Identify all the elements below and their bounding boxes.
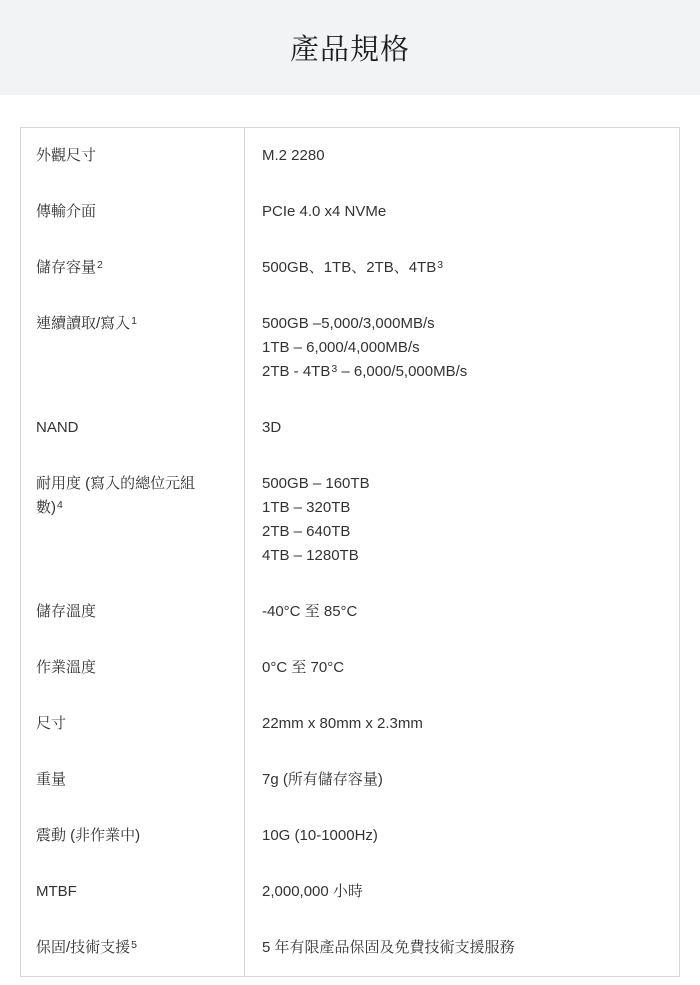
spec-row: 尺寸 22mm x 80mm x 2.3mm <box>21 696 679 752</box>
text-segment: 2TB - 4TB <box>262 363 330 380</box>
spec-row: 儲存溫度 -40°C 至 85°C <box>21 584 679 640</box>
spec-value: 500GB –5,000/3,000MB/s1TB – 6,000/4,000M… <box>245 296 679 400</box>
spec-value-line: 500GB、1TB、2TB、4TB3 <box>262 256 663 280</box>
spec-value-line: 500GB – 160TB <box>262 472 663 496</box>
footnote-superscript: 2 <box>97 259 103 271</box>
spec-value: 2,000,000 小時 <box>245 864 679 920</box>
text-segment: 儲存容量 <box>36 259 96 276</box>
spec-value-line: 2,000,000 小時 <box>262 880 663 904</box>
text-segment: 震動 (非作業中) <box>36 827 140 844</box>
spec-label: 傳輸介面 <box>21 184 245 240</box>
text-segment: 2,000,000 小時 <box>262 883 363 900</box>
text-segment: 500GB、1TB、2TB、4TB <box>262 259 436 276</box>
text-segment: 500GB – 160TB <box>262 475 370 492</box>
spec-label: 作業溫度 <box>21 640 245 696</box>
spec-value-line: 500GB –5,000/3,000MB/s <box>262 312 663 336</box>
spec-value-line: 3D <box>262 416 663 440</box>
spec-value: 10G (10-1000Hz) <box>245 808 679 864</box>
text-segment: 10G (10-1000Hz) <box>262 827 378 844</box>
spec-value: 5 年有限產品保固及免費技術支援服務 <box>245 920 679 976</box>
spec-row: 重量 7g (所有儲存容量) <box>21 752 679 808</box>
text-segment: 4TB – 1280TB <box>262 547 359 564</box>
spec-value-line: 1TB – 6,000/4,000MB/s <box>262 336 663 360</box>
spec-row: 作業溫度 0°C 至 70°C <box>21 640 679 696</box>
spec-label: 耐用度 (寫入的總位元組數)4 <box>21 456 245 584</box>
spec-value-line: 2TB - 4TB3 – 6,000/5,000MB/s <box>262 360 663 384</box>
text-segment: 外觀尺寸 <box>36 147 96 164</box>
spec-row: MTBF 2,000,000 小時 <box>21 864 679 920</box>
spec-value: 500GB、1TB、2TB、4TB3 <box>245 240 679 296</box>
spec-value: PCIe 4.0 x4 NVMe <box>245 184 679 240</box>
spec-value-line: 22mm x 80mm x 2.3mm <box>262 712 663 736</box>
spec-label: 儲存容量2 <box>21 240 245 296</box>
spec-row: 外觀尺寸 M.2 2280 <box>21 128 679 184</box>
text-segment: 22mm x 80mm x 2.3mm <box>262 715 423 732</box>
spec-row: 耐用度 (寫入的總位元組數)4 500GB – 160TB1TB – 320TB… <box>21 456 679 584</box>
spec-label: 尺寸 <box>21 696 245 752</box>
text-segment: 0°C 至 70°C <box>262 659 344 676</box>
spec-row: 連續讀取/寫入1 500GB –5,000/3,000MB/s1TB – 6,0… <box>21 296 679 400</box>
text-segment: NAND <box>36 419 79 436</box>
spec-label: 震動 (非作業中) <box>21 808 245 864</box>
spec-value: 3D <box>245 400 679 456</box>
footnote-superscript: 3 <box>331 363 337 375</box>
text-segment: 儲存溫度 <box>36 603 96 620</box>
spec-value-line: 10G (10-1000Hz) <box>262 824 663 848</box>
spec-value: -40°C 至 85°C <box>245 584 679 640</box>
text-segment: 重量 <box>36 771 66 788</box>
spec-label: 連續讀取/寫入1 <box>21 296 245 400</box>
page-title: 產品規格 <box>290 27 410 68</box>
text-segment: MTBF <box>36 883 77 900</box>
spec-value-line: 4TB – 1280TB <box>262 544 663 568</box>
spec-value: 500GB – 160TB1TB – 320TB2TB – 640TB4TB –… <box>245 456 679 584</box>
spec-value: 22mm x 80mm x 2.3mm <box>245 696 679 752</box>
text-segment: 500GB –5,000/3,000MB/s <box>262 315 435 332</box>
text-segment: PCIe 4.0 x4 NVMe <box>262 203 386 220</box>
text-segment: – 6,000/5,000MB/s <box>337 363 467 380</box>
footnote-superscript: 5 <box>131 939 137 951</box>
spec-value-line: 0°C 至 70°C <box>262 656 663 680</box>
spec-value: 7g (所有儲存容量) <box>245 752 679 808</box>
spec-label: 保固/技術支援5 <box>21 920 245 976</box>
text-segment: 7g (所有儲存容量) <box>262 771 383 788</box>
spec-row: NAND 3D <box>21 400 679 456</box>
spec-table: 外觀尺寸 M.2 2280 傳輸介面 PCIe 4.0 x4 NVMe 儲存容量… <box>20 127 680 977</box>
spec-value-line: -40°C 至 85°C <box>262 600 663 624</box>
spec-value-line: M.2 2280 <box>262 144 663 168</box>
spec-value-line: PCIe 4.0 x4 NVMe <box>262 200 663 224</box>
spec-row: 震動 (非作業中) 10G (10-1000Hz) <box>21 808 679 864</box>
text-segment: 1TB – 6,000/4,000MB/s <box>262 339 420 356</box>
text-segment: M.2 2280 <box>262 147 325 164</box>
text-segment: 2TB – 640TB <box>262 523 350 540</box>
spec-value-line: 1TB – 320TB <box>262 496 663 520</box>
text-segment: 5 年有限產品保固及免費技術支援服務 <box>262 939 515 956</box>
spec-value: M.2 2280 <box>245 128 679 184</box>
text-segment: 保固/技術支援 <box>36 939 130 956</box>
spec-value: 0°C 至 70°C <box>245 640 679 696</box>
spec-value-line: 2TB – 640TB <box>262 520 663 544</box>
spec-label: 外觀尺寸 <box>21 128 245 184</box>
spec-label: 儲存溫度 <box>21 584 245 640</box>
text-segment: 1TB – 320TB <box>262 499 350 516</box>
spec-row: 保固/技術支援5 5 年有限產品保固及免費技術支援服務 <box>21 920 679 976</box>
text-segment: 尺寸 <box>36 715 66 732</box>
footnote-superscript: 1 <box>131 315 137 327</box>
spec-row: 儲存容量2 500GB、1TB、2TB、4TB3 <box>21 240 679 296</box>
spec-label: 重量 <box>21 752 245 808</box>
page-header: 產品規格 <box>0 0 700 95</box>
text-segment: 3D <box>262 419 281 436</box>
footnote-superscript: 4 <box>57 499 63 511</box>
text-segment: 連續讀取/寫入 <box>36 315 130 332</box>
spec-value-line: 5 年有限產品保固及免費技術支援服務 <box>262 936 663 960</box>
spec-value-line: 7g (所有儲存容量) <box>262 768 663 792</box>
footnote-superscript: 3 <box>437 259 443 271</box>
text-segment: 傳輸介面 <box>36 203 96 220</box>
spec-label: MTBF <box>21 864 245 920</box>
text-segment: -40°C 至 85°C <box>262 603 357 620</box>
spec-label: NAND <box>21 400 245 456</box>
text-segment: 作業溫度 <box>36 659 96 676</box>
spec-row: 傳輸介面 PCIe 4.0 x4 NVMe <box>21 184 679 240</box>
